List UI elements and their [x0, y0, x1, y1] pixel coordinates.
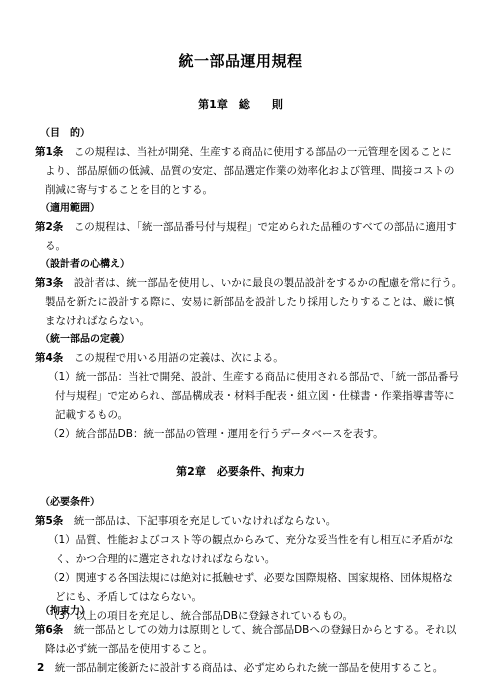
- article-text: 統一部品は、下記事項を充足していなければならない。: [74, 515, 337, 527]
- section-heading-requirements: （必要条件）: [40, 496, 100, 509]
- article-3-line-2: 製品を新たに設計する際に、安易に新部品を設計したり採用したりすることは、厳に慎: [45, 296, 455, 309]
- paragraph-number: 2: [37, 662, 44, 674]
- paragraph-text: 統一部品制定後新たに設計する商品は、必ず定められた統一部品を使用すること。: [55, 662, 444, 674]
- article-text: この規程は、当社が開発、生産する商品に使用する部品の一元管理を図ることに: [74, 146, 452, 158]
- article-1-line-2: より、部品原価の低減、品質の安定、部品選定作業の効率化および管理、間接コストの: [45, 165, 455, 178]
- section-heading-purpose: （目 的）: [40, 127, 90, 140]
- article-4: 第4条 この規程で用いる用語の定義は、次による。: [35, 352, 284, 365]
- article-6-line-2: 降は必ず統一部品を使用すること。: [45, 643, 213, 656]
- chapter-1-heading: 第1章 総 則: [0, 96, 481, 112]
- article-text: 統一部品としての効力は原則として、統合部品DBへの登録日からとする。それ以: [74, 624, 457, 636]
- definition-item-2: （2）統合部品DB：統一部品の管理・運用を行うデータベースを表す。: [48, 428, 384, 441]
- definition-item-1: （1）統一部品：当社で開発、設計、生産する商品に使用される部品で、「統一部品番号: [48, 371, 459, 384]
- section-heading-scope: （適用範囲）: [40, 202, 100, 215]
- requirement-item-1-line-2: く、かつ合理的に選定されなければならない。: [55, 553, 275, 566]
- chapter-2-heading: 第2章 必要条件、拘束力: [0, 463, 481, 479]
- article-2: 第2条 この規程は、「統一部品番号付与規程」で定められた品種のすべての部品に適用…: [35, 221, 457, 234]
- article-text: この規程は、「統一部品番号付与規程」で定められた品種のすべての部品に適用す: [74, 221, 457, 233]
- article-6-paragraph-2: 2 統一部品制定後新たに設計する商品は、必ず定められた統一部品を使用すること。: [37, 662, 443, 675]
- requirement-item-2-line-2: どにも、矛盾してはならない。: [55, 591, 202, 604]
- requirement-item-2: （2）関連する各国法規には絶対に抵触せず、必要な国際規格、国家規格、団体規格な: [48, 572, 453, 585]
- article-1: 第1条 この規程は、当社が開発、生産する商品に使用する部品の一元管理を図ることに: [35, 146, 452, 159]
- definition-item-1-line-3: 記載するもの。: [55, 409, 128, 422]
- article-3: 第3条 設計者は、統一部品を使用し、いかに最良の製品設計をするかの配慮を常に行う…: [35, 277, 462, 290]
- requirement-item-1: （1）品質、性能およびコスト等の観点からみて、充分な妥当性を有し相互に矛盾がな: [48, 534, 453, 547]
- article-text: この規程で用いる用語の定義は、次による。: [74, 352, 284, 364]
- definition-item-1-line-2: 付与規程」で定められ、部品構成表・材料手配表・組立図・仕様書・作業指導書等に: [55, 390, 455, 403]
- article-text: 設計者は、統一部品を使用し、いかに最良の製品設計をするかの配慮を常に行う。: [74, 277, 463, 289]
- article-3-line-3: まなければならない。: [45, 315, 150, 328]
- article-6: 第6条 統一部品としての効力は原則として、統合部品DBへの登録日からとする。それ…: [35, 624, 456, 637]
- article-number: 第4条: [35, 352, 63, 364]
- article-5: 第5条 統一部品は、下記事項を充足していなければならない。: [35, 515, 336, 528]
- document-page: 統一部品運用規程 第1章 総 則 （目 的） 第1条 この規程は、当社が開発、生…: [0, 0, 481, 693]
- section-heading-designer: （設計者の心構え）: [40, 258, 130, 271]
- article-number: 第1条: [35, 146, 63, 158]
- section-heading-binding: （拘束力）: [40, 605, 90, 618]
- article-2-line-2: る。: [45, 240, 66, 253]
- article-number: 第2条: [35, 221, 63, 233]
- document-title: 統一部品運用規程: [0, 50, 481, 71]
- requirement-item-3: （3）以上の項目を充足し、統合部品DBに登録されているもの。: [48, 610, 353, 623]
- article-number: 第3条: [35, 277, 63, 289]
- article-1-line-3: 削減に寄与することを目的とする。: [45, 184, 213, 197]
- article-number: 第6条: [35, 624, 63, 636]
- article-number: 第5条: [35, 515, 63, 527]
- section-heading-definition: （統一部品の定義）: [40, 333, 130, 346]
